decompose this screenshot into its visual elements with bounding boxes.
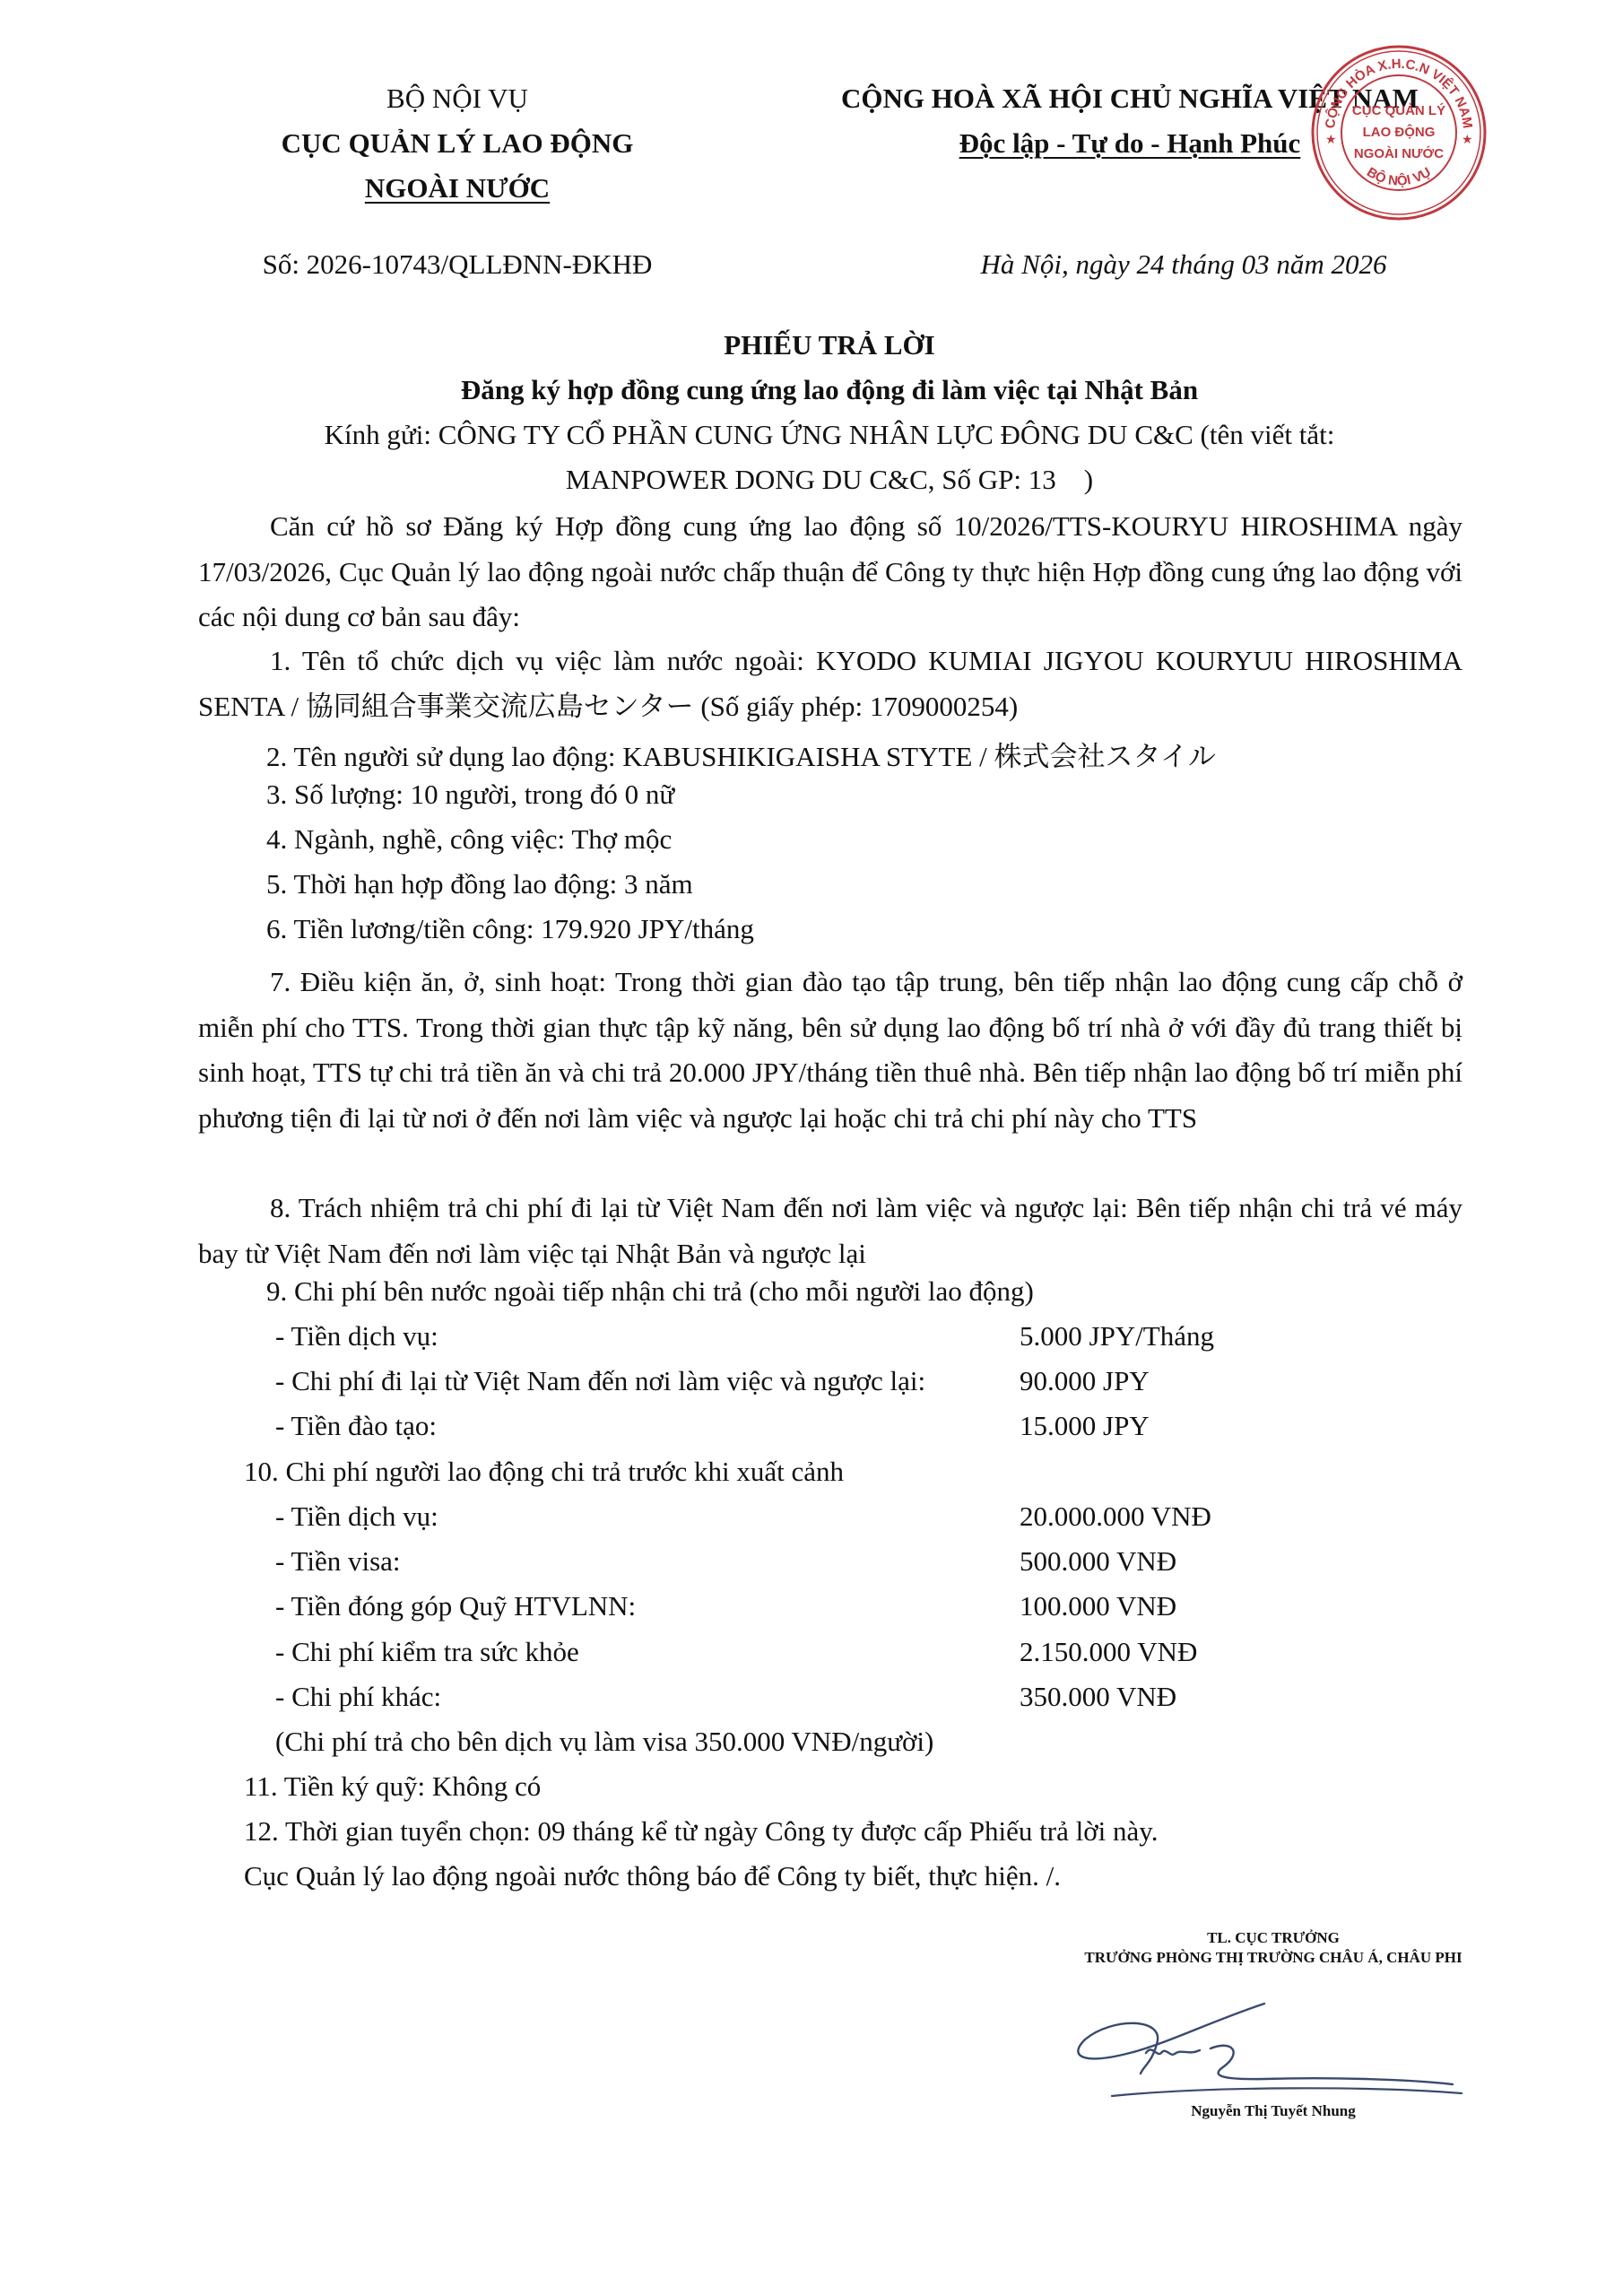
item-8: 8. Trách nhiệm trả chi phí đi lại từ Việ… [198, 1186, 1462, 1276]
item-1: 1. Tên tổ chức dịch vụ việc làm nước ngo… [198, 639, 1462, 729]
cost-label: - Tiền đào tạo: [275, 1410, 437, 1442]
cost-value: 350.000 VNĐ [1020, 1681, 1176, 1713]
cost-value: 5.000 JPY/Tháng [1020, 1320, 1214, 1352]
cost-value: 15.000 JPY [1020, 1410, 1150, 1442]
svg-text:NGOÀI NƯỚC: NGOÀI NƯỚC [1354, 145, 1444, 161]
svg-text:LAO ĐỘNG: LAO ĐỘNG [1363, 124, 1436, 140]
recipient-line: Kính gửi: CÔNG TY CỔ PHẦN CUNG ỨNG NHÂN … [179, 413, 1480, 457]
cost-label: - Tiền dịch vụ: [275, 1320, 438, 1352]
svg-text:CỘNG HÒA X.H.C.N VIỆT NAM: CỘNG HÒA X.H.C.N VIỆT NAM [1323, 57, 1475, 129]
item-6: 6. Tiền lương/tiền công: 179.920 JPY/thá… [266, 913, 754, 945]
cost-label: - Chi phí đi lại từ Việt Nam đến nơi làm… [275, 1365, 925, 1397]
item-7: 7. Điều kiện ăn, ở, sinh hoạt: Trong thờ… [198, 960, 1462, 1141]
signer-title-1: TL. CỤC TRƯỞNG [1031, 1928, 1515, 1948]
signature-block: TL. CỤC TRƯỞNG TRƯỞNG PHÒNG THỊ TRƯỜNG C… [1031, 1928, 1515, 2120]
cost-value: 2.150.000 VNĐ [1020, 1636, 1197, 1668]
header-left: BỘ NỘI VỤ CỤC QUẢN LÝ LAO ĐỘNG NGOÀI NƯỚ… [206, 76, 708, 211]
doc-number: Số: 2026-10743/QLLĐNN-ĐKHĐ [206, 242, 708, 287]
document-title: PHIẾU TRẢ LỜI [179, 323, 1480, 368]
item-9-heading: 9. Chi phí bên nước ngoài tiếp nhận chi … [266, 1275, 1034, 1308]
motto: Độc lập - Tự do - Hạnh Phúc [959, 127, 1301, 159]
cost-value: 100.000 VNĐ [1020, 1590, 1176, 1622]
item-2: 2. Tên người sử dụng lao động: KABUSHIKI… [266, 734, 1216, 774]
department-name: CỤC QUẢN LÝ LAO ĐỘNG [206, 121, 708, 166]
item-4: 4. Ngành, nghề, công việc: Thợ mộc [266, 823, 672, 856]
svg-text:★: ★ [1462, 134, 1473, 147]
item-10-note: (Chi phí trả cho bên dịch vụ làm visa 35… [275, 1726, 933, 1758]
svg-text:★: ★ [1325, 134, 1337, 147]
title-block: PHIẾU TRẢ LỜI Đăng ký hợp đồng cung ứng … [179, 323, 1480, 502]
document-subtitle: Đăng ký hợp đồng cung ứng lao động đi là… [179, 368, 1480, 413]
cost-value: 20.000.000 VNĐ [1020, 1500, 1211, 1533]
cost-label: - Tiền đóng góp Quỹ HTVLNN: [275, 1590, 636, 1622]
cost-label: - Tiền visa: [275, 1545, 401, 1578]
department-name-line2: NGOÀI NƯỚC [365, 172, 550, 204]
official-seal-icon: CỘNG HÒA X.H.C.N VIỆT NAM BỘ NỘI VỤ CỤC … [1309, 43, 1488, 222]
recipient-line-2: MANPOWER DONG DU C&C, Số GP: 13 ) [179, 457, 1480, 502]
signer-title-2: TRƯỞNG PHÒNG THỊ TRƯỜNG CHÂU Á, CHÂU PHI [1031, 1948, 1515, 1968]
item-3: 3. Số lượng: 10 người, trong đó 0 nữ [266, 778, 674, 811]
cost-label: - Chi phí khác: [275, 1681, 441, 1713]
place-date: Hà Nội, ngày 24 tháng 03 năm 2026 [861, 242, 1506, 287]
signer-name: Nguyễn Thị Tuyết Nhung [1031, 2102, 1515, 2120]
cost-label: - Tiền dịch vụ: [275, 1500, 438, 1533]
intro-paragraph: Căn cứ hồ sơ Đăng ký Hợp đồng cung ứng l… [198, 504, 1462, 640]
ministry-name: BỘ NỘI VỤ [206, 76, 708, 121]
handwritten-signature-icon [1031, 1968, 1515, 2102]
cost-label: - Chi phí kiểm tra sức khỏe [275, 1636, 579, 1668]
item-11: 11. Tiền ký quỹ: Không có [244, 1770, 541, 1803]
cost-value: 500.000 VNĐ [1020, 1545, 1176, 1578]
item-12: 12. Thời gian tuyển chọn: 09 tháng kể từ… [244, 1815, 1159, 1848]
cost-value: 90.000 JPY [1020, 1365, 1150, 1397]
item-5: 5. Thời hạn hợp đồng lao động: 3 năm [266, 868, 693, 900]
item-10-heading: 10. Chi phí người lao động chi trả trước… [244, 1456, 844, 1488]
closing-statement: Cục Quản lý lao động ngoài nước thông bá… [244, 1860, 1061, 1892]
svg-text:CỤC QUẢN LÝ: CỤC QUẢN LÝ [1352, 102, 1445, 118]
